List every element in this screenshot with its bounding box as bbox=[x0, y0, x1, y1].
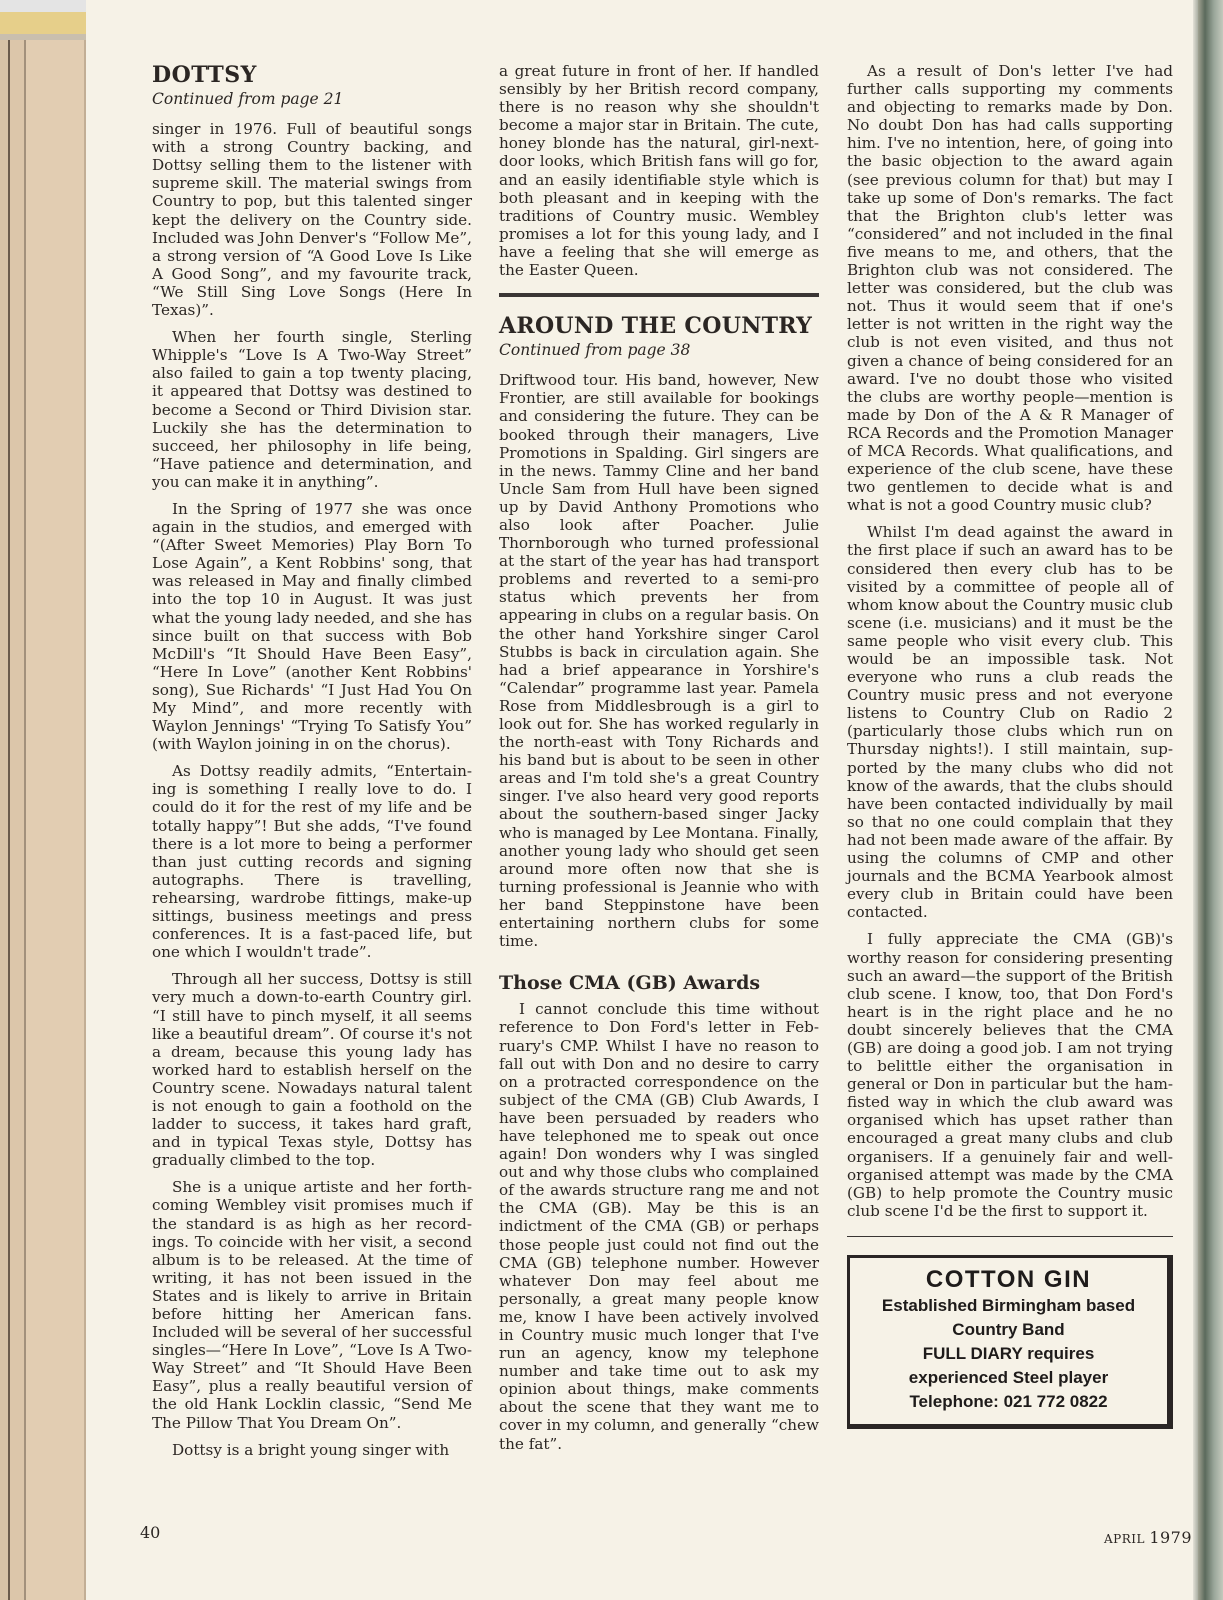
body-paragraph: singer in 1976. Full of beautiful songs … bbox=[152, 120, 472, 319]
advert-line: Established Birmingham based bbox=[854, 1294, 1163, 1318]
page-curl-edge bbox=[1193, 0, 1223, 1600]
column-3: As a result of Don's letter I've had fur… bbox=[847, 62, 1173, 1429]
advert-line: experienced Steel player bbox=[854, 1366, 1163, 1390]
advert-line: FULL DIARY requires bbox=[854, 1342, 1163, 1366]
advert-phone: Telephone: 021 772 0822 bbox=[854, 1390, 1163, 1414]
article-title-dottsy: DOTTSY bbox=[152, 62, 472, 88]
body-paragraph: Whilst I'm dead against the award in the… bbox=[847, 523, 1173, 921]
body-paragraph: In the Spring of 1977 she was once again… bbox=[152, 500, 472, 753]
issue-month: APRIL bbox=[1104, 1532, 1145, 1546]
column-2: a great future in front of her. If handl… bbox=[499, 62, 819, 1462]
book-edge-top bbox=[0, 0, 86, 40]
column-divider bbox=[847, 1236, 1173, 1237]
body-paragraph: I fully appreciate the CMA (GB)'s worthy… bbox=[847, 930, 1173, 1220]
classified-advert-cotton-gin: COTTON GIN Established Birmingham based … bbox=[847, 1255, 1173, 1429]
body-paragraph: I cannot conclude this time without refe… bbox=[499, 1000, 819, 1452]
section-divider bbox=[499, 293, 819, 297]
page-stack-edge bbox=[0, 40, 86, 1600]
body-paragraph: Through all her success, Dottsy is still… bbox=[152, 970, 472, 1169]
column-1: DOTTSY Continued from page 21 singer in … bbox=[152, 62, 472, 1468]
body-paragraph: As a result of Don's letter I've had fur… bbox=[847, 62, 1173, 514]
issue-year: 1979 bbox=[1149, 1528, 1192, 1547]
body-paragraph: Driftwood tour. His band, however, New F… bbox=[499, 371, 819, 950]
continued-from-label: Continued from page 21 bbox=[152, 90, 472, 108]
advert-title: COTTON GIN bbox=[854, 1266, 1163, 1294]
subheading-cma-awards: Those CMA (GB) Awards bbox=[499, 974, 819, 992]
body-paragraph: Dottsy is a bright young singer with bbox=[152, 1441, 472, 1459]
body-paragraph: As Dottsy readily admits, “Entertain­ing… bbox=[152, 762, 472, 961]
body-paragraph: When her fourth single, Sterling Whipple… bbox=[152, 328, 472, 491]
body-paragraph: She is a unique artiste and her forth­co… bbox=[152, 1178, 472, 1431]
page-number: 40 bbox=[140, 1523, 160, 1542]
issue-date: APRIL 1979 bbox=[1104, 1528, 1192, 1547]
article-title-around-the-country: AROUND THE COUNTRY bbox=[499, 313, 819, 339]
continued-from-label: Continued from page 38 bbox=[499, 341, 819, 359]
body-paragraph: a great future in front of her. If handl… bbox=[499, 62, 819, 279]
advert-line: Country Band bbox=[854, 1318, 1163, 1342]
